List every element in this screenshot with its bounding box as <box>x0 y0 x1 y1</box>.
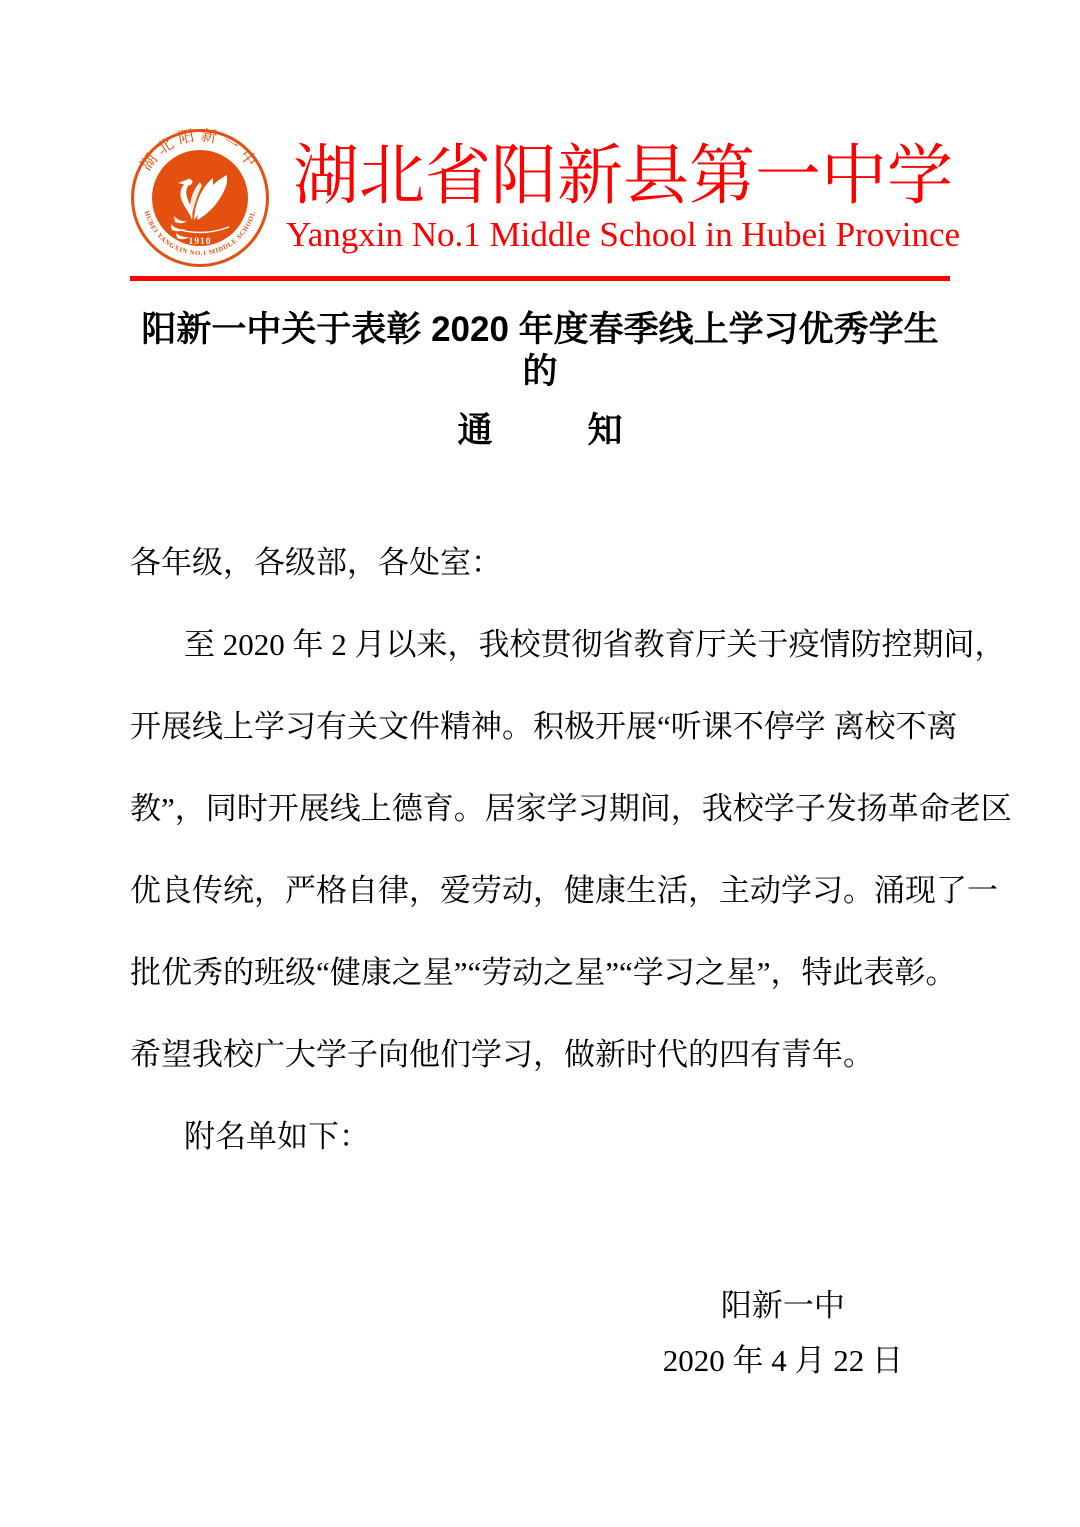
notice-document-page: 湖北阳新一中 HUBEI YANGXIN NO.1 MIDDLE SCHOOL <box>0 0 1080 1527</box>
paragraph-line: 批优秀的班级“健康之星”“劳动之星”“学习之星”，特此表彰。 <box>130 932 950 1014</box>
attachment-note: 附名单如下： <box>130 1096 950 1178</box>
letterhead-names: 湖北省阳新县第一中学 Yangxin No.1 Middle School in… <box>286 141 960 255</box>
document-title-line1: 阳新一中关于表彰 2020 年度春季线上学习优秀学生的 <box>130 309 950 393</box>
paragraph-line: 希望我校广大学子向他们学习，做新时代的四有青年。 <box>130 1014 950 1096</box>
paragraph-line: 开展线上学习有关文件精神。积极开展“听课不停学 离校不离 <box>130 686 950 768</box>
paragraph-line: 优良传统，严格自律，爱劳动，健康生活，主动学习。涌现了一 <box>130 850 950 932</box>
school-seal-swan-icon: 湖北阳新一中 HUBEI YANGXIN NO.1 MIDDLE SCHOOL <box>130 128 270 268</box>
salutation: 各年级，各级部，各处室： <box>130 522 950 604</box>
letterhead: 湖北阳新一中 HUBEI YANGXIN NO.1 MIDDLE SCHOOL <box>130 128 950 268</box>
document-body: 各年级，各级部，各处室： 至 2020 年 2 月以来，我校贯彻省教育厅关于疫情… <box>130 522 950 1178</box>
document-title: 阳新一中关于表彰 2020 年度春季线上学习优秀学生的 通知 <box>130 309 950 452</box>
title-char-tong: 通 <box>457 411 492 450</box>
paragraph-line: 至 2020 年 2 月以来，我校贯彻省教育厅关于疫情防控期间， <box>130 604 950 686</box>
signature-date: 2020 年 4 月 22 日 <box>663 1333 903 1388</box>
signature-block: 阳新一中 2020 年 4 月 22 日 <box>663 1278 903 1388</box>
school-name-english: Yangxin No.1 Middle School in Hubei Prov… <box>286 216 960 255</box>
school-name-chinese: 湖北省阳新县第一中学 <box>286 141 960 212</box>
title-char-zhi: 知 <box>588 411 623 450</box>
school-logo: 湖北阳新一中 HUBEI YANGXIN NO.1 MIDDLE SCHOOL <box>130 128 270 268</box>
document-title-line2: 通知 <box>130 410 950 452</box>
paragraph-line: 教”，同时开展线上德育。居家学习期间，我校学子发扬革命老区 <box>130 768 950 850</box>
header-divider-rule <box>130 276 950 281</box>
signature-name: 阳新一中 <box>721 1278 845 1333</box>
seal-year-text: 1910 <box>189 237 212 247</box>
